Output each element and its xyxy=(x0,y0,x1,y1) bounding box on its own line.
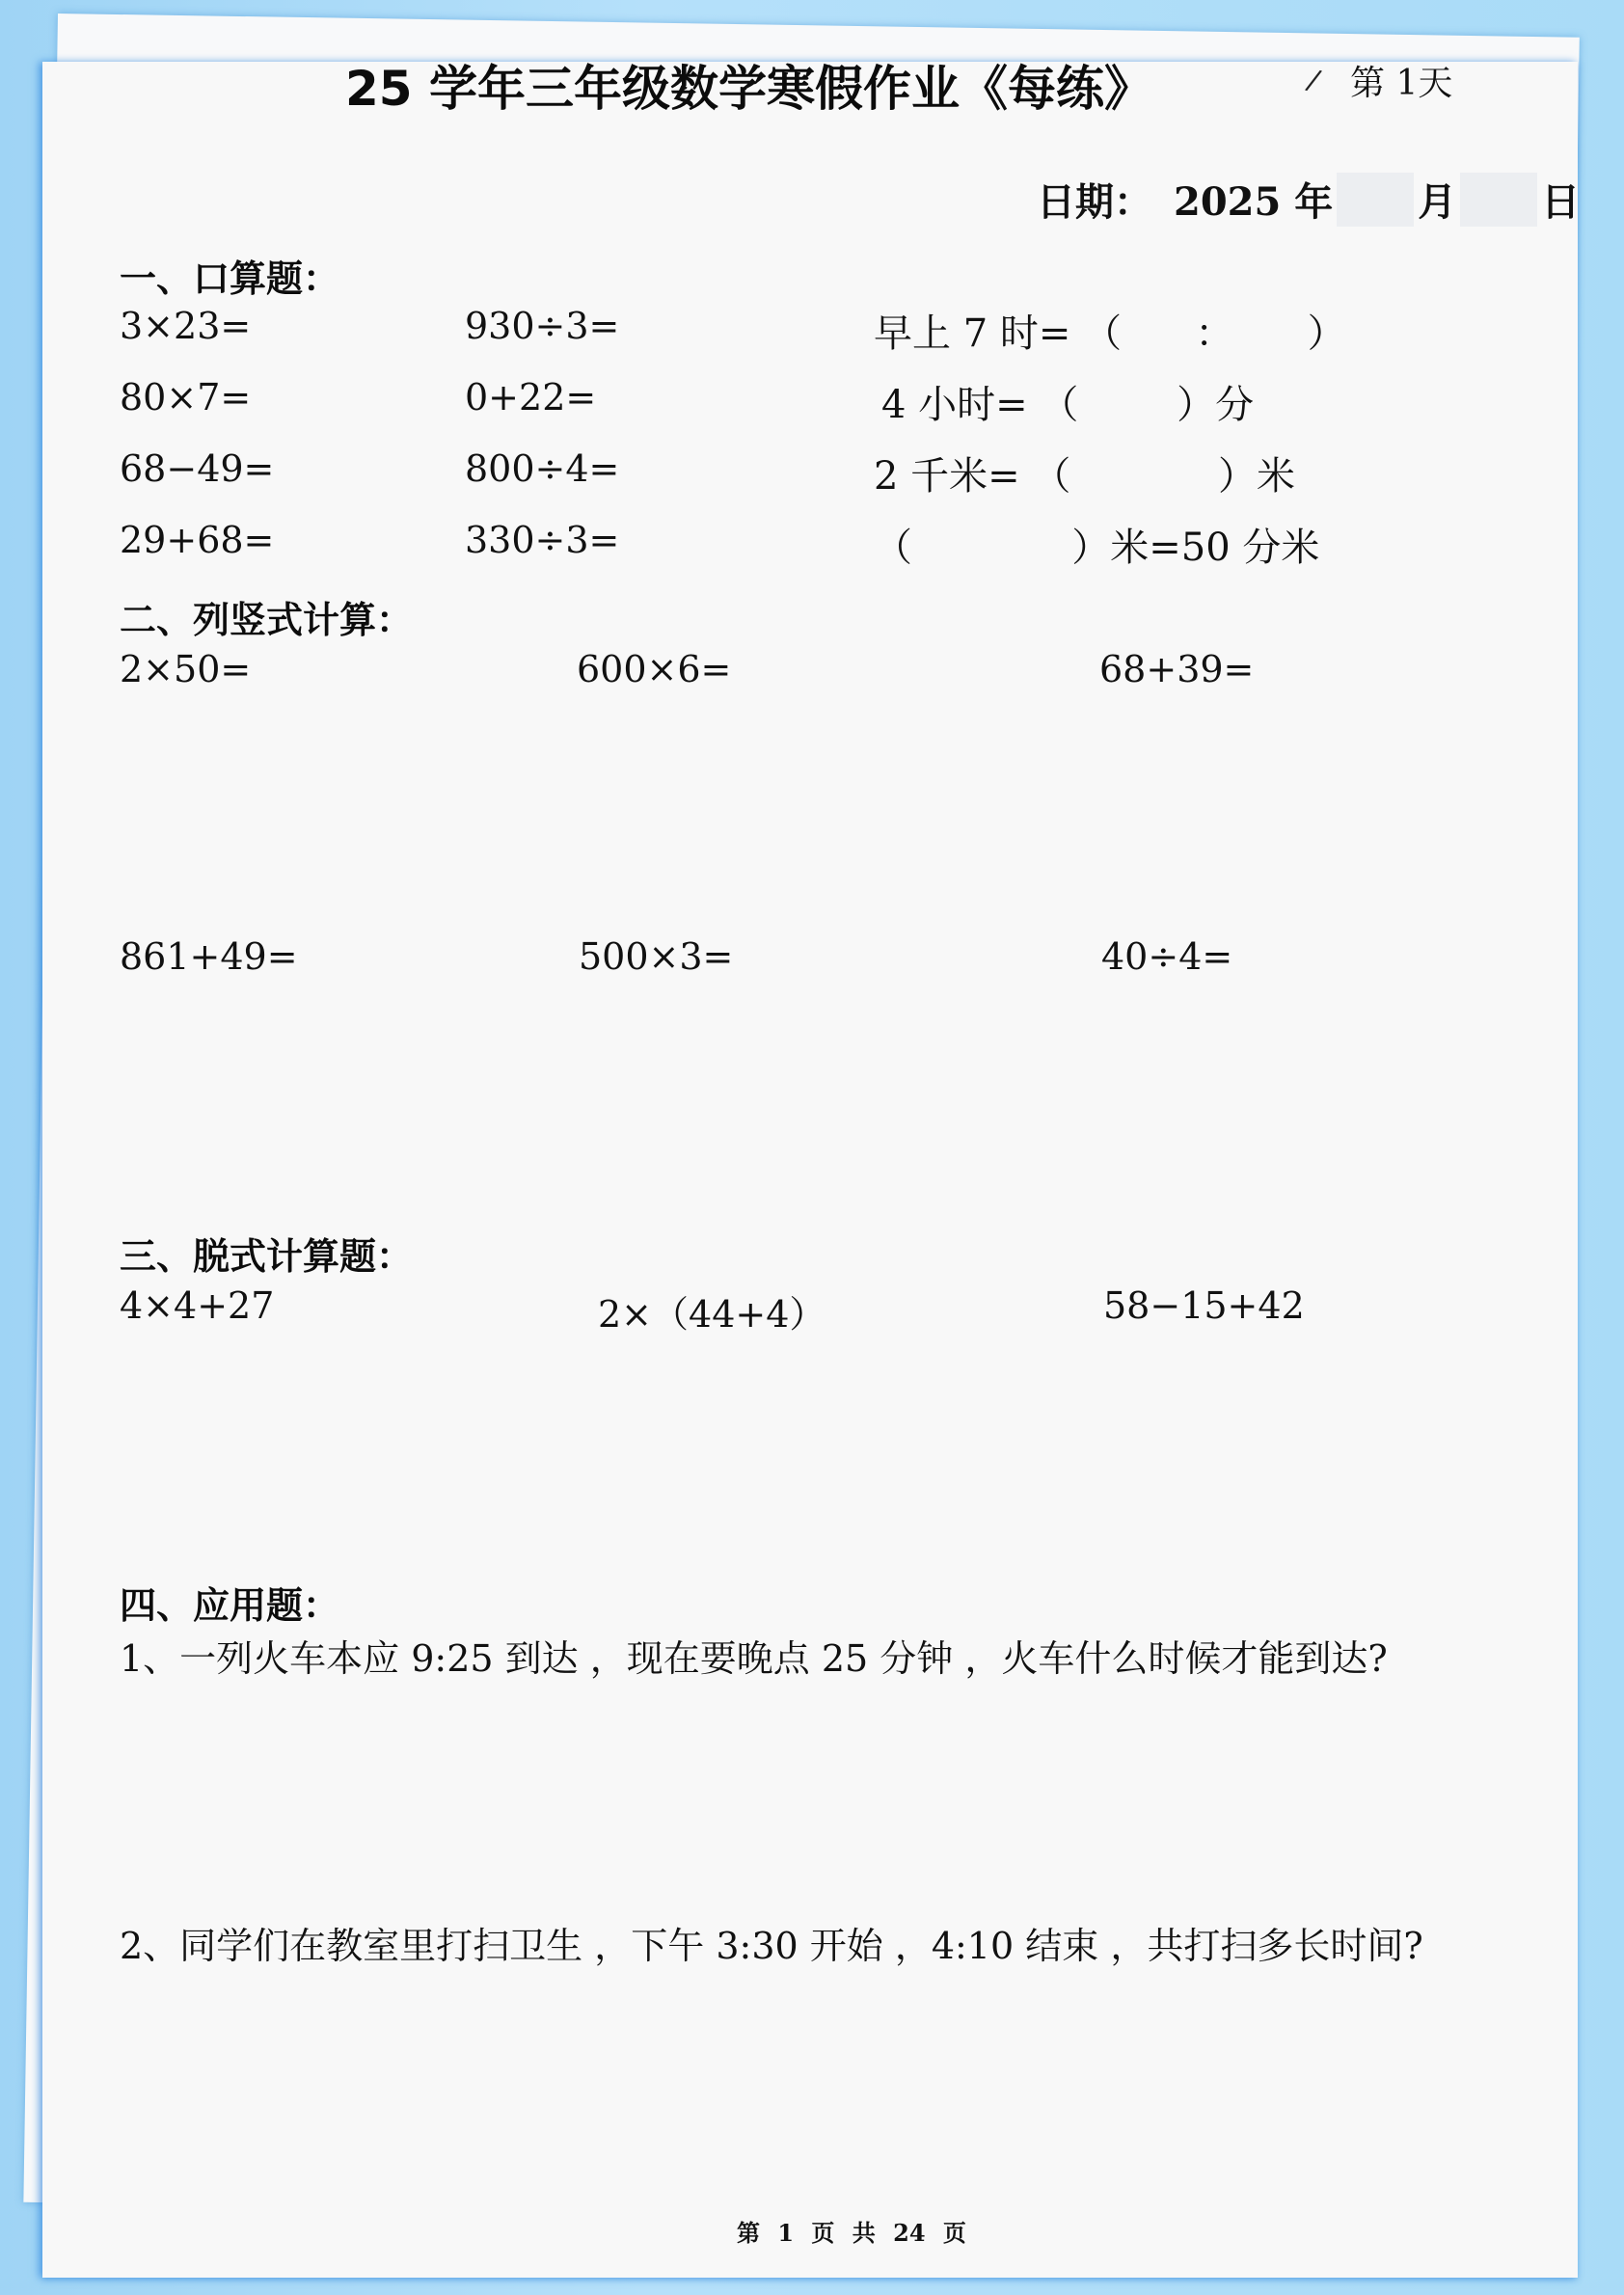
mental-math-item: 0+22= xyxy=(465,376,596,418)
step-calc-item: 2×（44+4） xyxy=(598,1284,826,1337)
unit-conversion-item: 早上 7 时= （ ： ） xyxy=(874,303,1346,358)
worksheet-title: 25 学年三年级数学寒假作业《每练》 xyxy=(345,50,1152,120)
vertical-calc-item: 500×3= xyxy=(579,935,733,978)
unit-conversion-item: 4 小时= （ ）分 xyxy=(881,374,1254,429)
section-heading-vertical-calc: 二、列竖式计算： xyxy=(120,590,413,643)
mental-math-item: 330÷3= xyxy=(465,519,619,561)
mental-math-item: 930÷3= xyxy=(465,305,619,347)
mental-math-item: 3×23= xyxy=(120,305,251,347)
date-label: 日期： xyxy=(1037,172,1152,227)
unit-conversion-item: 2 千米= （ ）米 xyxy=(874,445,1295,500)
word-problem-1: 1、一列火车本应 9:25 到达 ，现在要晚点 25 分钟 ，火车什么时候才能到… xyxy=(120,1624,1547,1693)
page-indicator: 第 1 页 共 24 页 xyxy=(737,2214,966,2248)
date-day-unit: 日 xyxy=(1541,172,1580,227)
vertical-calc-item: 68+39= xyxy=(1099,648,1254,690)
day-blank[interactable] xyxy=(1460,173,1537,227)
mental-math-item: 800÷4= xyxy=(465,447,619,490)
date-month-unit: 月 xyxy=(1418,172,1456,227)
section-heading-mental-math: 一、口算题： xyxy=(120,249,339,302)
vertical-calc-item: 861+49= xyxy=(120,935,298,978)
vertical-calc-item: 600×6= xyxy=(577,648,731,690)
date-line: 日期： 2025 年 月 日 xyxy=(1037,172,1580,227)
step-calc-item: 58−15+42 xyxy=(1103,1284,1305,1327)
step-calc-item: 4×4+27 xyxy=(120,1284,274,1327)
section-heading-word-problems: 四、应用题： xyxy=(120,1576,339,1629)
date-year: 2025 年 xyxy=(1174,172,1333,227)
unit-conversion-item: （ ）米=50 分米 xyxy=(874,517,1319,572)
vertical-calc-item: 40÷4= xyxy=(1101,935,1232,978)
section-heading-step-calc: 三、脱式计算题： xyxy=(120,1227,413,1280)
mental-math-item: 68−49= xyxy=(120,447,274,490)
word-problem-2: 2、同学们在教室里打扫卫生 ，下午 3:30 开始 ，4:10 结束 ，共打扫多… xyxy=(120,1911,1547,1981)
month-blank[interactable] xyxy=(1337,173,1414,227)
mental-math-item: 80×7= xyxy=(120,376,251,418)
vertical-calc-item: 2×50= xyxy=(120,648,251,690)
day-label: 第 1天 xyxy=(1350,56,1452,105)
mental-math-item: 29+68= xyxy=(120,519,274,561)
